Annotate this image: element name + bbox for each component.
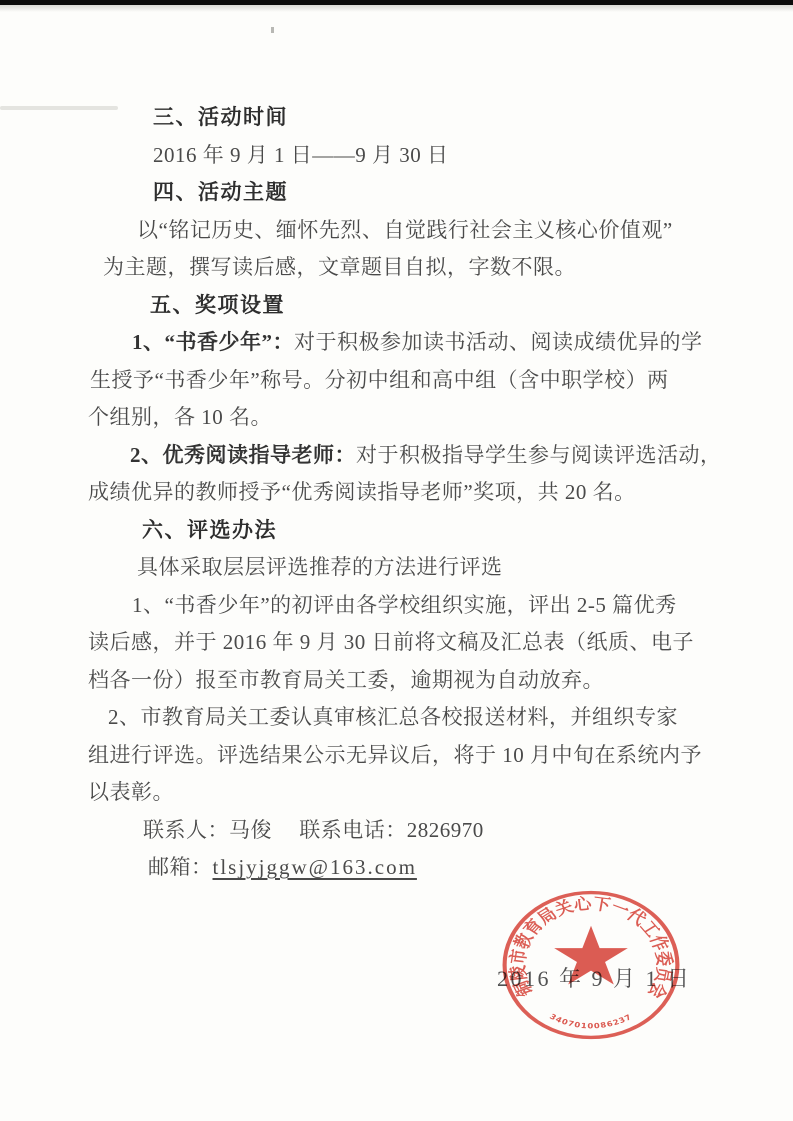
doc-line: 以“铭记历史、缅怀先烈、自觉践行社会主义核心价值观” (88, 212, 706, 250)
doc-line: 2016 年 9 月 1 日——9 月 30 日 (88, 137, 706, 175)
scan-speck-artifact (271, 27, 274, 33)
section-heading-activity-theme: 四、活动主题 (88, 174, 706, 212)
doc-line: 成绩优异的教师授予“优秀阅读指导老师”奖项，共 20 名。 (88, 474, 706, 512)
scan-edge-shadow (0, 5, 793, 12)
doc-line: 读后感，并于 2016 年 9 月 30 日前将文稿及汇总表（纸质、电子 (88, 624, 706, 662)
doc-line: 为主题，撰写读后感，文章题目自拟，字数不限。 (88, 249, 706, 287)
email-address: tlsjyjggw@163.com (213, 855, 417, 879)
svg-text:3407010086237: 3407010086237 (548, 1012, 634, 1030)
doc-line: 组进行评选。评选结果公示无异议后，将于 10 月中旬在系统内予 (88, 737, 706, 775)
doc-line: 1、“书香少年”的初评由各学校组织实施，评出 2-5 篇优秀 (88, 587, 706, 625)
doc-line: 2、优秀阅读指导老师：对于积极指导学生参与阅读评选活动， (88, 437, 706, 475)
email-label: 邮箱： (148, 855, 213, 879)
contact-line: 联系人：马俊 联系电话：2826970 (88, 812, 706, 850)
award-item-label: 2、优秀阅读指导老师： (130, 443, 356, 467)
scanned-document-page: 三、活动时间 2016 年 9 月 1 日——9 月 30 日 四、活动主题 以… (0, 0, 793, 1121)
star-icon (554, 926, 628, 985)
doc-line-text: 对于积极指导学生参与阅读评选活动， (356, 443, 722, 467)
doc-line: 个组别，各 10 名。 (88, 399, 706, 437)
section-heading-selection-method: 六、评选办法 (88, 512, 706, 550)
document-body: 三、活动时间 2016 年 9 月 1 日——9 月 30 日 四、活动主题 以… (88, 99, 706, 887)
official-seal: 铜陵市教育局关心下一代工作委员会 3407010086237 (492, 882, 690, 1048)
seal-serial-number: 3407010086237 (548, 1012, 634, 1030)
doc-line: 以表彰。 (88, 774, 706, 812)
email-line: 邮箱：tlsjyjggw@163.com (88, 849, 706, 887)
doc-line: 2、市教育局关工委认真审核汇总各校报送材料，并组织专家 (88, 699, 706, 737)
doc-line: 1、“书香少年”：对于积极参加读书活动、阅读成绩优异的学 (88, 324, 706, 362)
doc-line-text: 对于积极参加读书活动、阅读成绩优异的学 (294, 330, 703, 354)
section-heading-awards: 五、奖项设置 (88, 287, 706, 325)
doc-line: 具体采取层层评选推荐的方法进行评选 (88, 549, 706, 587)
doc-line: 生授予“书香少年”称号。分初中组和高中组（含中职学校）两 (88, 362, 706, 400)
award-item-label: 1、“书香少年”： (132, 330, 294, 354)
section-heading-activity-time: 三、活动时间 (88, 99, 706, 137)
doc-line: 档各一份）报至市教育局关工委，逾期视为自动放弃。 (88, 662, 706, 700)
